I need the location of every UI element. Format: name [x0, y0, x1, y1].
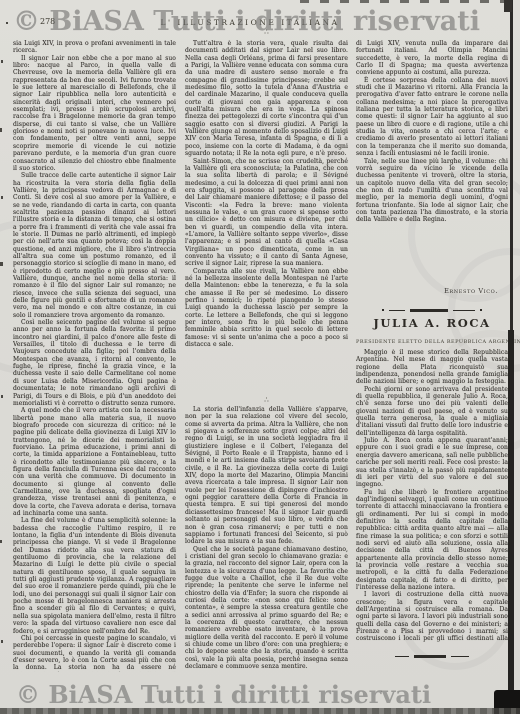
journal-title: L' ILLUSTRAZIONE ITALIANA — [0, 18, 500, 27]
column-1-text: sia Luigi XIV, in prova o profani avveni… — [13, 40, 176, 672]
section-separator — [356, 655, 508, 658]
paragraph: Maggio è il mese storico della Repubblic… — [356, 349, 508, 386]
article-subtitle: PRESIDENTE ELETTO DELLA REPUBBLICA ARGEN… — [356, 339, 508, 345]
scan-speck — [1, 395, 3, 398]
scan-speck — [1, 640, 3, 643]
paragraph: Sulle tracce delle carte autentiche il s… — [13, 172, 176, 319]
paragraph: La storia dell'infanzia della Vallière s… — [185, 406, 348, 546]
watermark-bottom: © BiASA Tutti i diritti riservati — [16, 680, 431, 709]
paragraph: I lavori di costruzione della città nuov… — [356, 591, 508, 643]
paragraph: Quel che le società pagane chiamavano de… — [185, 546, 348, 671]
paragraph: Pochi giorni or sono arrivava dal presid… — [356, 386, 508, 437]
scan-speck — [0, 540, 2, 543]
paragraph: Julio A. Roca conta appena quarant'anni;… — [356, 437, 508, 488]
paragraph: Chi poi cercasse in queste pagine lo sca… — [13, 635, 176, 672]
column-3-article-end: di Luigi XIV, venuta nulla da imparare d… — [356, 40, 508, 284]
asterism-icon: ∴ — [185, 397, 348, 404]
scan-bottom-band — [0, 708, 520, 714]
scan-edge-shadow — [508, 330, 514, 714]
paragraph: Tale, nelle sue linee più larghe, il vol… — [356, 158, 508, 224]
article-body: Maggio è il mese storico della Repubblic… — [356, 349, 508, 643]
section-separator — [356, 309, 508, 312]
scan-top-dashes — [300, 0, 504, 3]
paragraph: Fu lui che liberò le frontiere argentine… — [356, 489, 508, 592]
scan-speck — [6, 22, 8, 24]
scanned-page: © BiASA Tutti i diritti riservati © BiAS… — [0, 0, 520, 714]
column-2-text-upper: Tutt'altra è la storia vera, quale risul… — [185, 40, 348, 397]
scan-speck — [0, 128, 2, 132]
paragraph: La fine del volume è d'una semplicità so… — [13, 517, 176, 635]
column-2-text-lower: La storia dell'infanzia della Vallière s… — [185, 406, 348, 672]
paragraph: Così nelle seicento pagine del volume si… — [13, 319, 176, 407]
scan-speck — [1, 196, 3, 199]
paragraph: Saint-Simon, che ne scrisse con crudeltà… — [185, 158, 348, 268]
paragraph: Il signor Lair non ebbe che a por mano a… — [13, 55, 176, 173]
asterism-icon: ∴ — [185, 29, 348, 36]
author-signature: Ernesto Vico. — [356, 287, 498, 295]
scan-speck — [0, 262, 3, 266]
paragraph: A quel modo che il vero artista con la n… — [13, 407, 176, 517]
paragraph: di Luigi XIV, venuta nulla da imparare d… — [356, 40, 508, 77]
article-title: JULIA A. ROCA — [356, 316, 508, 330]
scan-corner-mark — [504, 0, 512, 12]
paragraph: Tutt'altra è la storia vera, quale risul… — [185, 40, 348, 158]
paragraph: È cortese sorpresa della collana dei nuo… — [356, 77, 508, 158]
scan-speck — [1, 60, 3, 63]
paragraph: sia Luigi XIV, in prova o profani avveni… — [13, 40, 176, 55]
paragraph: Comparata alle sue rivali, la Vallière n… — [185, 268, 348, 349]
